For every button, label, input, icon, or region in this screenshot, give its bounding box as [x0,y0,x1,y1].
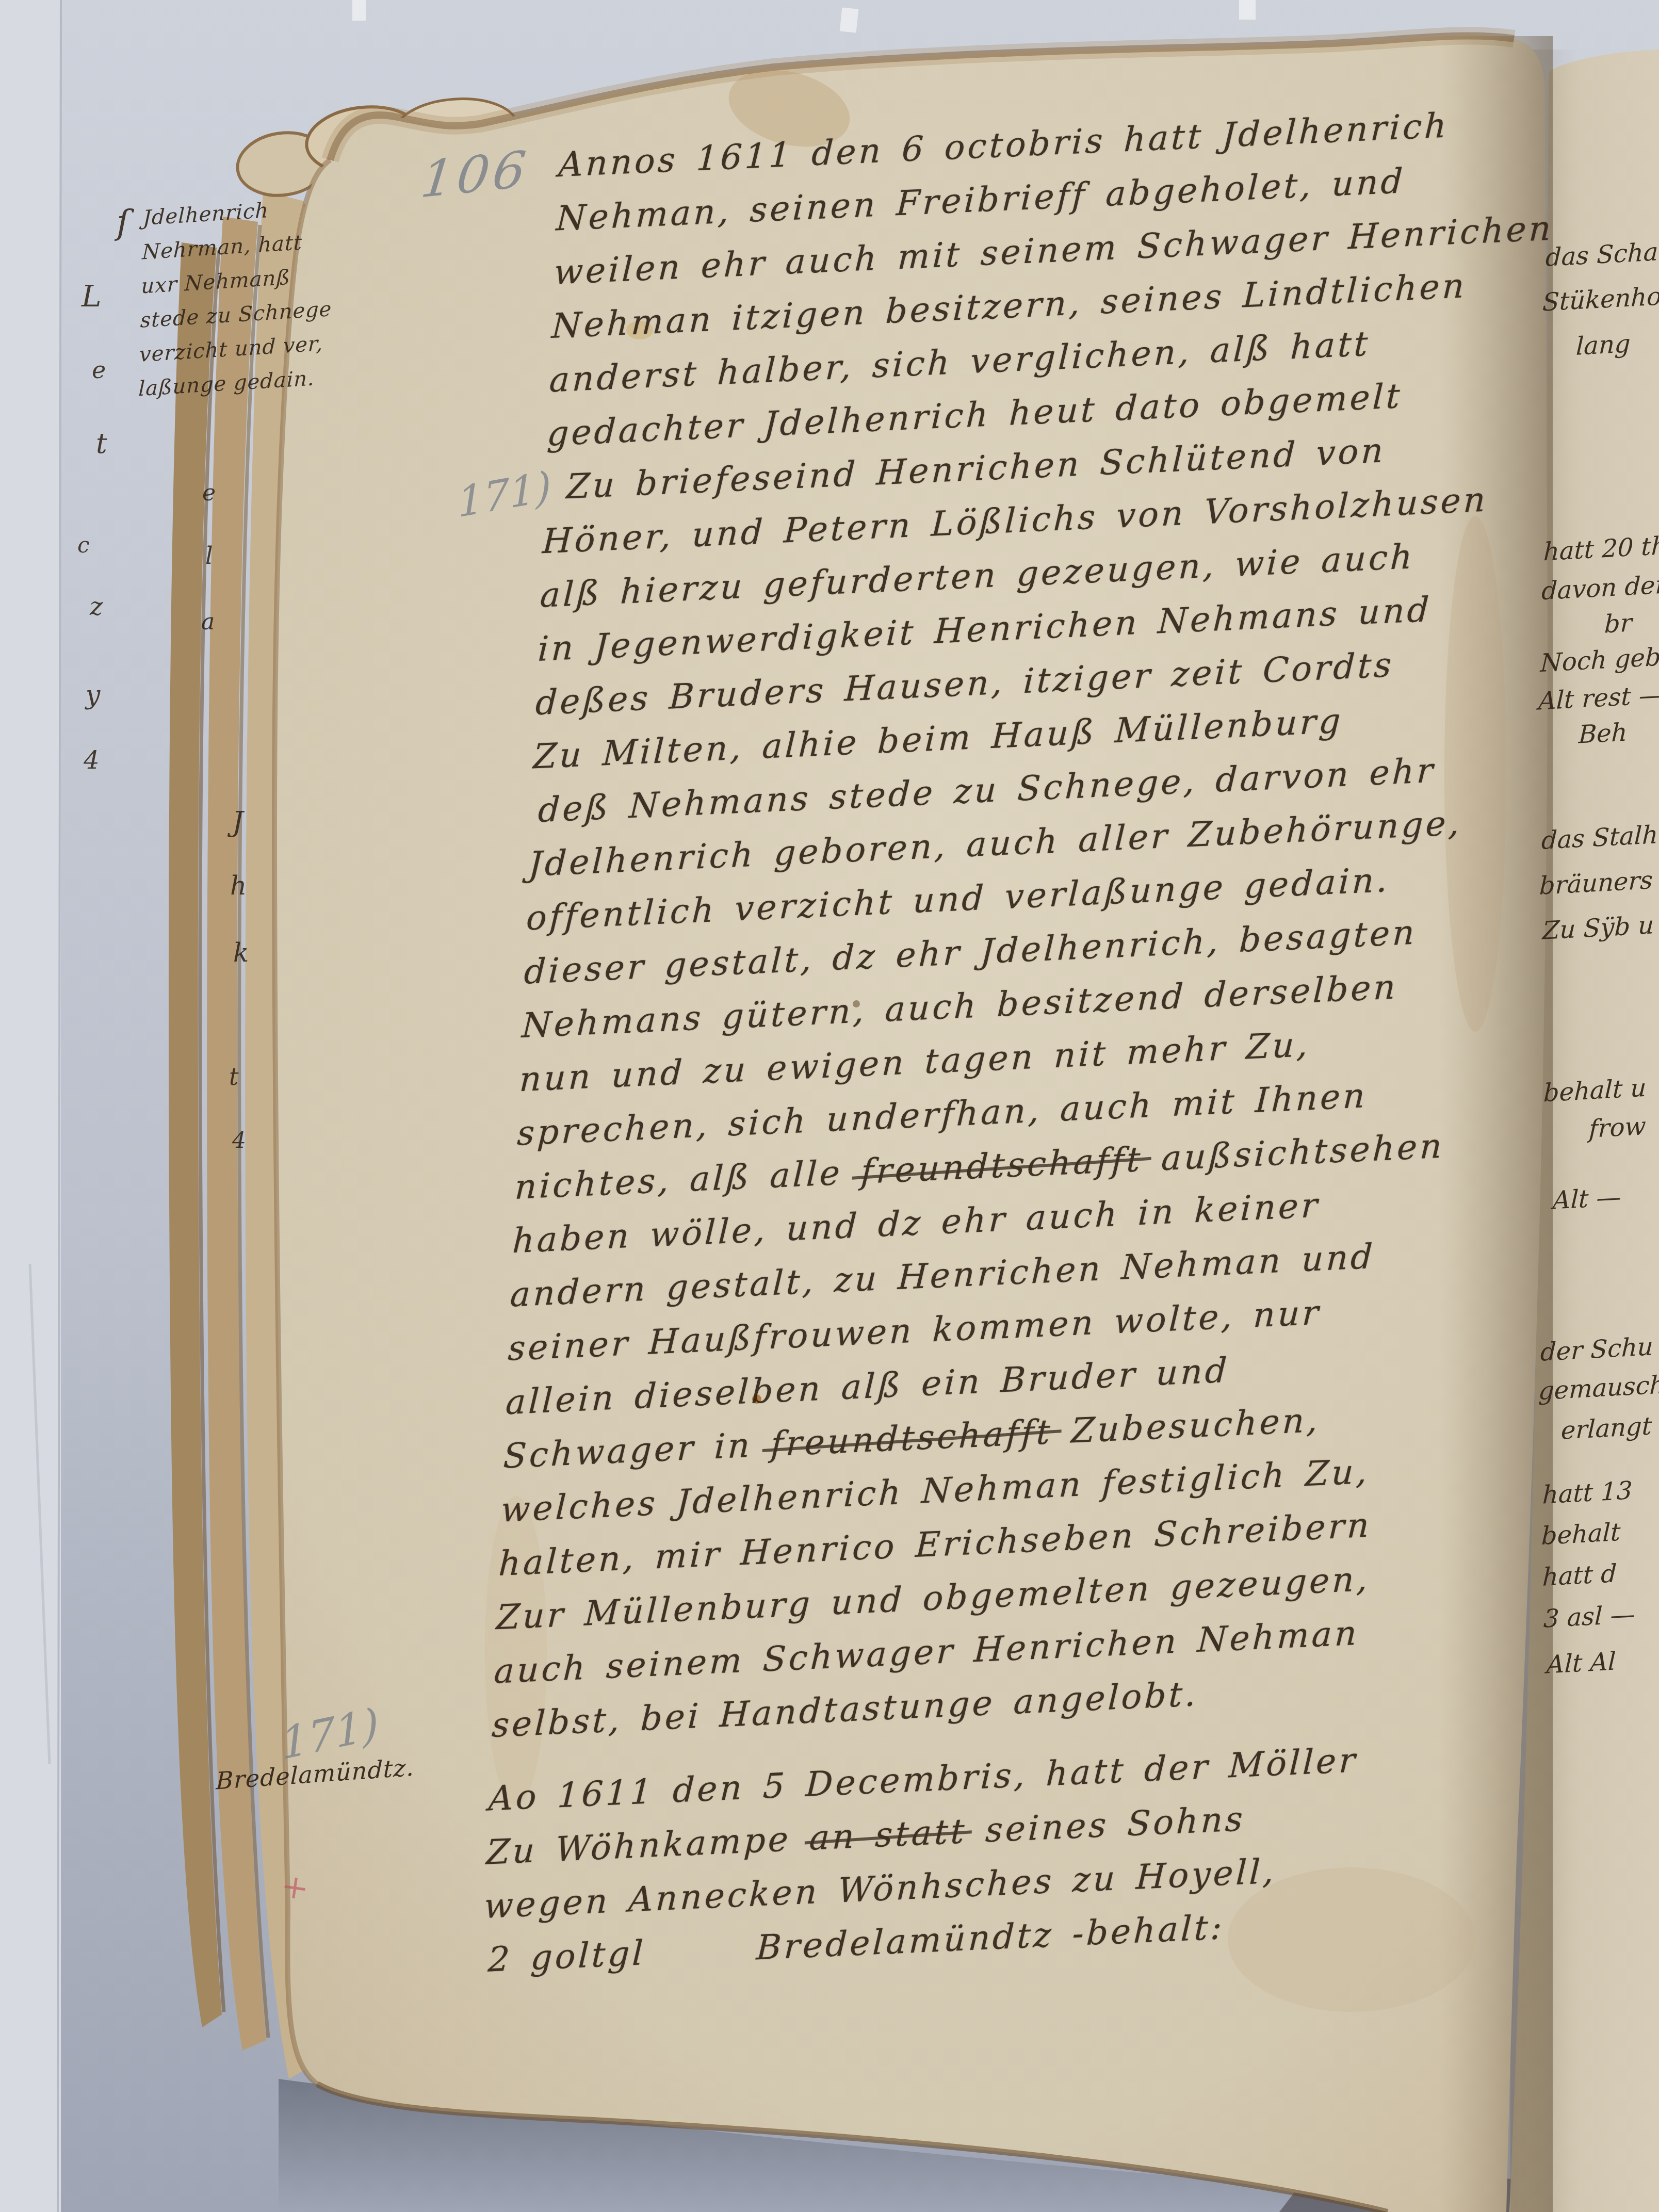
edge-ink-mark: ſ [117,202,129,242]
next-page-fragment: Alt rest — 2 [1538,681,1659,713]
next-page-fragment: Zu Sÿb u [1542,913,1654,943]
next-page-fragment: der Schu [1540,1334,1653,1365]
next-page-fragment: davon der f [1541,572,1659,604]
next-page-fragment: br [1604,611,1632,637]
text-segment: Zu Wöhnkampe [485,1818,810,1873]
next-page-fragment: gemausche [1538,1372,1659,1404]
edge-ink-mark: t [96,427,107,460]
manuscript-photo: 106 Jdelhenrich Nehrman, hatt uxr Nehman… [0,0,1659,2212]
next-page-fragment: behalt u [1543,1076,1647,1106]
edge-ink-mark: 4 [232,1128,246,1153]
edge-ink-mark: a [201,609,215,635]
edge-ink-mark: t [229,1063,239,1091]
edge-ink-mark: c [77,532,90,558]
next-page-fragment: Noch gebe [1540,644,1659,676]
text-segment: Schwager in [502,1424,772,1476]
main-text: Annos 1611 den 6 octobris hatt Jdelhenri… [481,94,1541,1987]
edge-ink-mark: k [233,938,249,968]
next-page-fragment: hatt 20 th [1543,533,1659,565]
edge-ink-mark: h [230,871,247,901]
edge-ink-mark: e [92,356,106,384]
margin-note-top: Jdelhenrich Nehrman, hatt uxr Nehmanß st… [138,189,350,406]
next-page-fragment: 3 asl — [1543,1602,1635,1631]
next-page-fragment: behalt [1541,1520,1621,1549]
next-page-fragment: Stükenhol [1542,283,1659,315]
next-page-fragment: das Scha [1545,239,1658,270]
strikethrough-word: an statt [808,1804,968,1865]
red-cross-mark: + [279,1867,311,1909]
next-page-fragment: bräuners [1539,868,1653,899]
text-segment: 2 goltgl [487,1933,646,1980]
next-page-fragment: erlangt [1560,1413,1652,1443]
text-segment: nichtes, alß alle [514,1152,861,1207]
text-segment: seines Sohns [966,1799,1246,1851]
text-segment: außsichtsehen [1142,1126,1445,1179]
edge-ink-mark: L [82,279,102,314]
edge-ink-mark: l [205,542,213,570]
next-page-fragment: Beh [1578,720,1628,747]
next-page-fragment: Alt Al [1546,1649,1616,1677]
edge-ink-mark: 4 [84,746,100,775]
edge-ink-mark: e [202,480,216,506]
edge-ink-mark: z [90,592,103,621]
page-number-pencil: 106 [418,140,532,210]
edge-ink-mark: J [232,806,243,838]
next-page-fragment: lang [1575,331,1631,359]
edge-ink-mark: y [86,680,100,710]
next-page-fragment: frow [1588,1114,1646,1142]
next-page-fragment: Alt — [1552,1184,1621,1213]
next-page-fragment: das Stalh [1541,822,1658,853]
next-page-fragment: hatt 13 [1542,1478,1633,1507]
text-segment: Zubesuchen, [1052,1400,1321,1452]
next-page-fragment: hatt d [1542,1561,1617,1590]
